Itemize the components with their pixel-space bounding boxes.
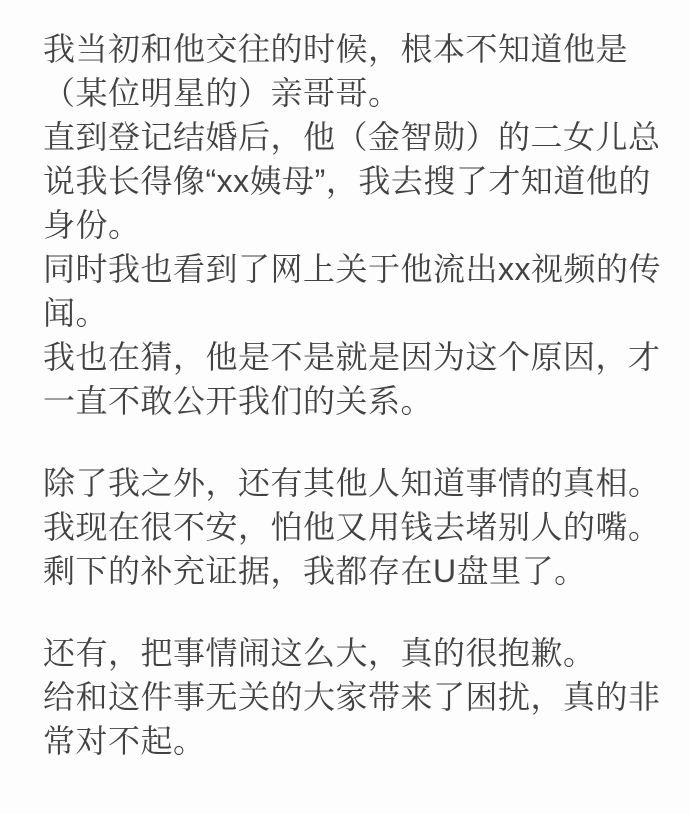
paragraph-gap (43, 593, 670, 631)
text-line: 同时我也看到了网上关于他流出xx视频的传 (43, 247, 670, 291)
text-line: 说我长得像“xx姨母”，我去搜了才知道他的 (43, 159, 670, 203)
paragraph-gap (43, 423, 670, 461)
text-line: 常对不起。 (43, 719, 670, 763)
text-line: 给和这件事无关的大家带来了困扰，真的非 (43, 675, 670, 719)
text-line: 闻。 (43, 291, 670, 335)
text-line: 一直不敢公开我们的关系。 (43, 379, 670, 423)
text-line: 直到登记结婚后，他（金智勋）的二女儿总 (43, 115, 670, 159)
text-line: 除了我之外，还有其他人知道事情的真相。 (43, 461, 670, 505)
text-line: 还有，把事情闹这么大，真的很抱歉。 (43, 631, 670, 675)
text-line: 我现在很不安，怕他又用钱去堵别人的嘴。 (43, 505, 670, 549)
text-line: 身份。 (43, 203, 670, 247)
post-page: 我当初和他交往的时候，根本不知道他是 （某位明星的）亲哥哥。 直到登记结婚后，他… (0, 0, 690, 814)
post-text: 我当初和他交往的时候，根本不知道他是 （某位明星的）亲哥哥。 直到登记结婚后，他… (43, 27, 670, 763)
text-line: 我也在猜，他是不是就是因为这个原因，才 (43, 335, 670, 379)
text-line: 剩下的补充证据，我都存在U盘里了。 (43, 549, 670, 593)
text-line: 我当初和他交往的时候，根本不知道他是 (43, 27, 670, 71)
text-line: （某位明星的）亲哥哥。 (43, 71, 670, 115)
